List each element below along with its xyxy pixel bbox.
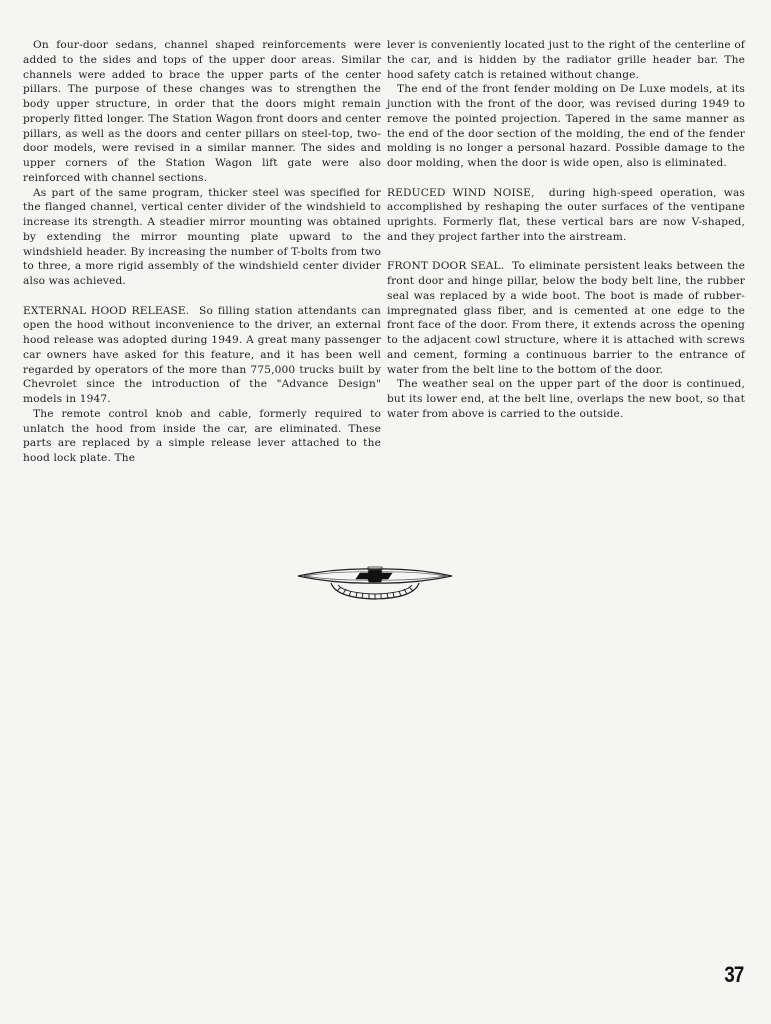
paragraph-text: lever is conveniently located just to th… [387,39,745,81]
paragraph-text: To eliminate persistent leaks between th… [387,260,745,375]
paragraph-fender-molding: The end of the front fender molding on D… [387,82,745,171]
page-number: 37 [724,962,743,988]
paragraph-body-reinforcement: On four-door sedans, channel shaped rein… [23,38,381,186]
right-column: lever is conveniently located just to th… [387,38,745,422]
chevrolet-emblem-icon [296,562,454,604]
paragraph-text: On four-door sedans, channel shaped rein… [23,39,381,184]
paragraph-windshield-divider: As part of the same program, thicker ste… [23,186,381,289]
paragraph-remote-control-knob: The remote control knob and cable, forme… [23,407,381,466]
section-reduced-wind-noise: REDUCED WIND NOISE, during high-speed op… [387,186,745,245]
section-heading: FRONT DOOR SEAL. [387,260,504,272]
paragraph-text: The remote control knob and cable, forme… [23,408,381,464]
section-external-hood-release: EXTERNAL HOOD RELEASE. So filling statio… [23,304,381,407]
section-heading: EXTERNAL HOOD RELEASE. [23,305,189,317]
paragraph-weather-seal: The weather seal on the upper part of th… [387,377,745,421]
paragraph-text: So filling station attendants can open t… [23,305,381,406]
left-column: On four-door sedans, channel shaped rein… [23,38,381,466]
section-heading: REDUCED WIND NOISE, [387,187,535,199]
section-front-door-seal: FRONT DOOR SEAL. To eliminate persistent… [387,259,745,377]
paragraph-text: The weather seal on the upper part of th… [387,378,745,420]
paragraph-text: The end of the front fender molding on D… [387,83,745,169]
paragraph-lever-location: lever is conveniently located just to th… [387,38,745,82]
paragraph-text: As part of the same program, thicker ste… [23,187,381,288]
